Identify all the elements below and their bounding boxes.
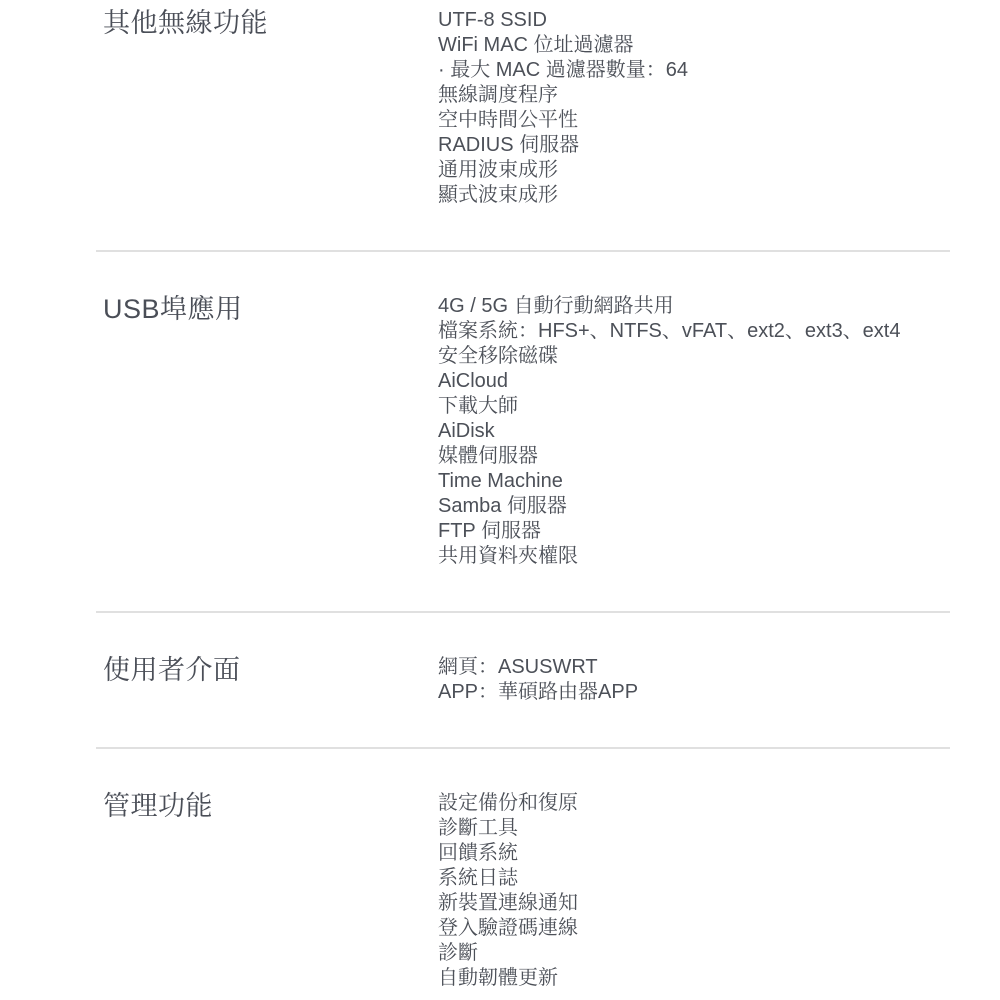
spec-value-line: RADIUS 伺服器 — [438, 133, 950, 158]
spec-label: USB埠應用 — [96, 294, 438, 324]
spec-value-line: 4G / 5G 自動行動網路共用 — [438, 294, 950, 319]
spec-value-line: 空中時間公平性 — [438, 108, 950, 133]
spec-value-line: 檔案系統：HFS+、NTFS、vFAT、ext2、ext3、ext4 — [438, 319, 950, 344]
spec-value-line: UTF-8 SSID — [438, 8, 950, 33]
spec-row-other-wireless-features: 其他無線功能 UTF-8 SSID WiFi MAC 位址過濾器 · 最大 MA… — [96, 0, 950, 250]
spec-value-line: · 最大 MAC 過濾器數量：64 — [438, 58, 950, 83]
spec-value-line: 系統日誌 — [438, 866, 950, 891]
spec-value-line: WiFi MAC 位址過濾器 — [438, 33, 950, 58]
spec-table: 其他無線功能 UTF-8 SSID WiFi MAC 位址過濾器 · 最大 MA… — [96, 0, 950, 999]
spec-value-line: 網頁：ASUSWRT — [438, 655, 950, 680]
spec-row-usb-applications: USB埠應用 4G / 5G 自動行動網路共用 檔案系統：HFS+、NTFS、v… — [96, 250, 950, 611]
spec-value-line: 共用資料夾權限 — [438, 544, 950, 569]
spec-value-line: 安全移除磁碟 — [438, 344, 950, 369]
spec-value-line: 無線調度程序 — [438, 83, 950, 108]
spec-value-line: FTP 伺服器 — [438, 519, 950, 544]
spec-value-line: 設定備份和復原 — [438, 791, 950, 816]
spec-value-line: 自動韌體更新 — [438, 966, 950, 991]
spec-label: 管理功能 — [96, 791, 438, 821]
spec-row-user-interface: 使用者介面 網頁：ASUSWRT APP：華碩路由器APP — [96, 611, 950, 747]
spec-value-line: 新裝置連線通知 — [438, 891, 950, 916]
spec-values: 4G / 5G 自動行動網路共用 檔案系統：HFS+、NTFS、vFAT、ext… — [438, 294, 950, 569]
spec-value-line: 診斷工具 — [438, 816, 950, 841]
spec-value-line: 回饋系統 — [438, 841, 950, 866]
spec-value-line: AiDisk — [438, 419, 950, 444]
spec-value-line: 媒體伺服器 — [438, 444, 950, 469]
spec-value-line: Samba 伺服器 — [438, 494, 950, 519]
spec-value-line: 通用波束成形 — [438, 158, 950, 183]
spec-label: 其他無線功能 — [96, 8, 438, 38]
spec-value-line: 顯式波束成形 — [438, 183, 950, 208]
spec-value-line: 登入驗證碼連線 — [438, 916, 950, 941]
spec-values: UTF-8 SSID WiFi MAC 位址過濾器 · 最大 MAC 過濾器數量… — [438, 8, 950, 208]
spec-label: 使用者介面 — [96, 655, 438, 685]
spec-value-line: 下載大師 — [438, 394, 950, 419]
spec-value-line: AiCloud — [438, 369, 950, 394]
spec-values: 設定備份和復原 診斷工具 回饋系統 系統日誌 新裝置連線通知 登入驗證碼連線 診… — [438, 791, 950, 991]
spec-value-line: 診斷 — [438, 941, 950, 966]
spec-value-line: APP：華碩路由器APP — [438, 680, 950, 705]
spec-value-line: Time Machine — [438, 469, 950, 494]
spec-row-management-features: 管理功能 設定備份和復原 診斷工具 回饋系統 系統日誌 新裝置連線通知 登入驗證… — [96, 747, 950, 999]
spec-values: 網頁：ASUSWRT APP：華碩路由器APP — [438, 655, 950, 705]
